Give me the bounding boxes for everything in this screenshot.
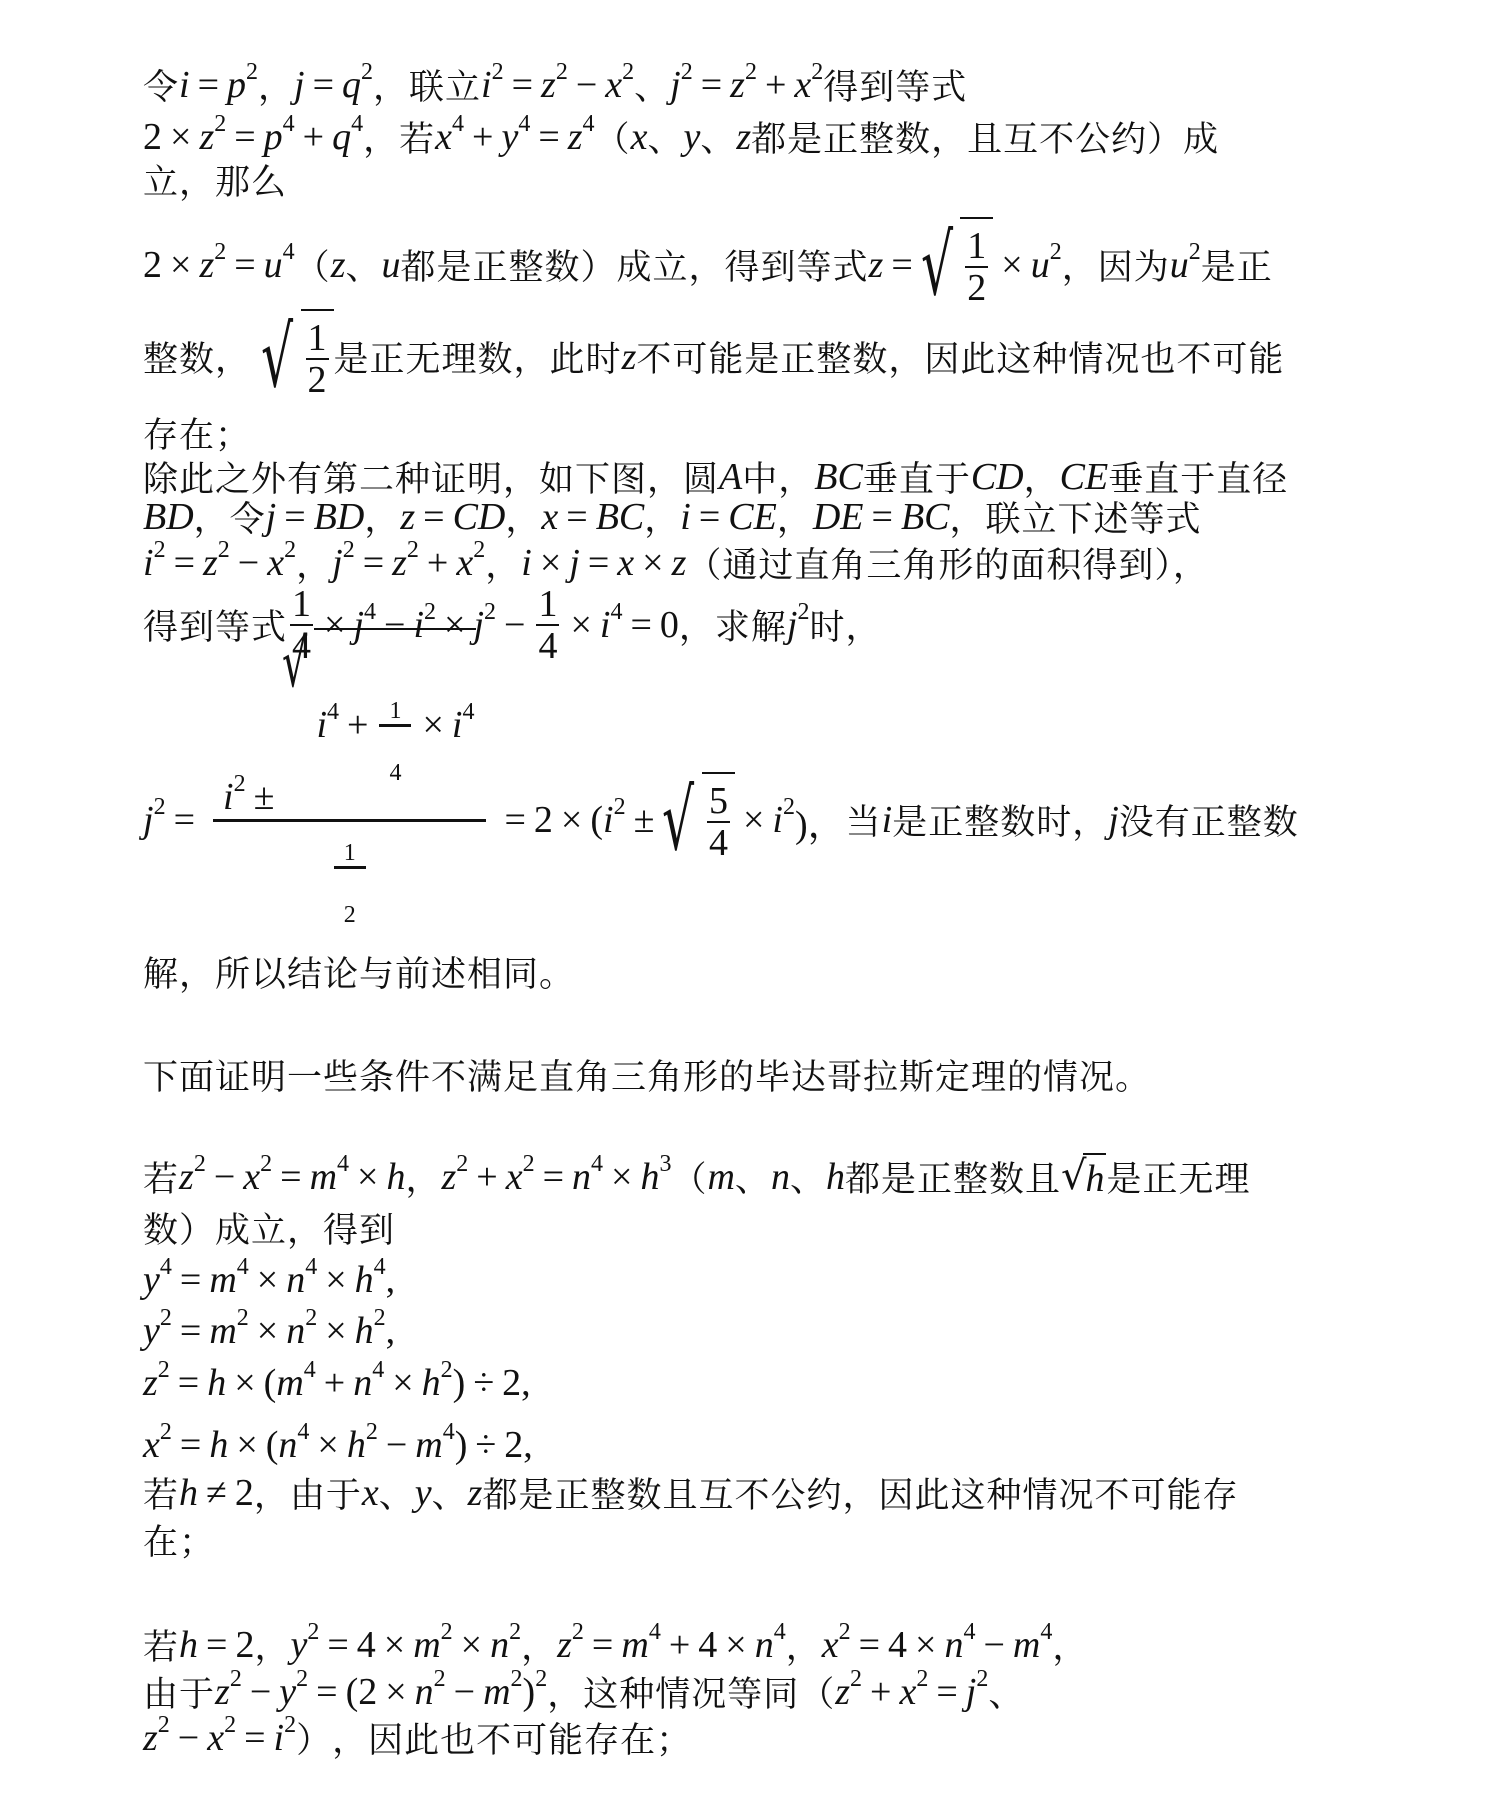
exp: 2 (745, 59, 757, 85)
math-term: m4 (209, 1258, 248, 1302)
math-term: p4 (264, 115, 295, 159)
var: n (278, 1424, 297, 1466)
radical-sign: √ (261, 309, 293, 405)
exp: 2 (296, 1666, 308, 1692)
var: j (966, 1671, 977, 1713)
var: n (353, 1362, 372, 1404)
math-term: m2 (209, 1309, 248, 1353)
math-var: h (179, 1623, 198, 1667)
math-var: z (622, 335, 637, 379)
var: m (483, 1671, 510, 1713)
math-term: h2 (355, 1309, 386, 1353)
math-op: − (975, 1623, 1012, 1667)
math-term: j2 (670, 63, 693, 107)
exp: 2 (424, 599, 436, 625)
math-var: x (631, 115, 648, 159)
math-op: = (198, 1623, 235, 1667)
var: z (143, 1362, 158, 1404)
exp: 2 (839, 1619, 851, 1645)
math-op: = (166, 798, 203, 842)
exp: 3 (659, 1151, 671, 1177)
math-term: x2 (243, 1155, 272, 1199)
math-var: h (386, 1155, 405, 1199)
punct: , (386, 1258, 396, 1302)
exp: 2 (976, 1666, 988, 1692)
math-op: = (535, 1155, 572, 1199)
exp: 2 (484, 599, 496, 625)
var: i (223, 776, 234, 818)
math-term: p2 (227, 63, 258, 107)
exp: 2 (441, 1619, 453, 1645)
text: 得到等式 (143, 600, 287, 650)
math-term: m4 (276, 1361, 315, 1405)
exp: 2 (434, 1666, 446, 1692)
denominator: 1 2 (331, 822, 369, 914)
radicand: 5 4 (702, 772, 735, 868)
text: 、 (700, 112, 736, 162)
var: n (490, 1624, 509, 1666)
exp: 2 (572, 1619, 584, 1645)
math-op: ± (246, 775, 283, 819)
math-num: 2 (534, 798, 553, 842)
exp: 4 (1040, 1619, 1052, 1645)
math-term: z2 (441, 1155, 468, 1199)
exp: 2 (492, 59, 504, 85)
exp: 2 (230, 1666, 242, 1692)
math-term: z2 (541, 63, 568, 107)
text: ，因为 (1062, 240, 1170, 290)
math-paren: ( (264, 1361, 277, 1405)
fraction: 5 4 (707, 781, 730, 863)
math-op: ÷ (465, 1361, 502, 1405)
text-line-18: x2 = h × ( n4 × h2 − m4 ) ÷ 2 , (143, 1420, 533, 1470)
exp: 2 (260, 1151, 272, 1177)
var: i (274, 1717, 285, 1759)
math-op: − (206, 1155, 243, 1199)
math-op: = (172, 1423, 209, 1467)
var: m (310, 1156, 337, 1198)
text: ， (786, 1620, 822, 1670)
exp: 4 (337, 1151, 349, 1177)
math-num: 2 (504, 1423, 523, 1467)
text-line-20: 在； (143, 1515, 215, 1565)
text-line-19: 若 h ≠ 2 ，由于 x 、 y 、 z 都是正整数且互不公约，因此这种情况不… (143, 1468, 1238, 1518)
math-op: = (226, 115, 263, 159)
exp: 2 (158, 1357, 170, 1383)
text: 都是正整数）成立，得到等式 (401, 240, 869, 290)
math-term: m2 (483, 1670, 522, 1714)
numerator: 1 (306, 318, 329, 358)
math-op: = (691, 495, 728, 539)
text: 当 (846, 795, 882, 845)
var: i (603, 799, 614, 841)
var: m (621, 1624, 648, 1666)
var: h (355, 1310, 374, 1352)
exp: 2 (160, 1305, 172, 1331)
math-term: u2 (1031, 243, 1062, 287)
text: 都是正整数且互不公约，因此这种情况不可能存 (482, 1468, 1238, 1518)
math-num: 4 (357, 1623, 376, 1667)
exp: 4 (462, 699, 474, 725)
text: 令 (143, 60, 179, 110)
math-var: z (736, 115, 751, 159)
fraction: 1 2 (965, 226, 988, 308)
exp: 2 (441, 1357, 453, 1383)
var: q (342, 64, 361, 106)
math-term: j2 (473, 603, 496, 647)
text-line-1: 令 i = p2 ， j = q2 ，联立 i2 = z2 − x2 、 j2 … (143, 60, 967, 110)
math-term: m4 (310, 1155, 349, 1199)
text: 、 (647, 112, 683, 162)
var: z (199, 116, 214, 158)
math-var: h (1085, 1157, 1104, 1201)
math-term: i4 (316, 703, 339, 747)
math-op: ≠ (198, 1471, 235, 1515)
text-line-16: y2 = m2 × n2 × h2 , (143, 1306, 395, 1356)
text: 下面证明一些条件不满足直角三角形的毕达哥拉斯定理的情况。 (143, 1050, 1151, 1100)
math-term: u2 (1170, 243, 1201, 287)
exp: 4 (452, 111, 464, 137)
math-term: j2 (143, 798, 166, 842)
radicand: 1 2 (301, 309, 334, 405)
var: h (422, 1362, 441, 1404)
var: j (787, 604, 798, 646)
exp: 2 (154, 537, 166, 563)
var: h (355, 1259, 374, 1301)
var: x (243, 1156, 260, 1198)
math-var: BD (314, 495, 365, 539)
math-op: = (236, 1716, 273, 1760)
var: z (215, 1671, 230, 1713)
math-term: n2 (490, 1623, 521, 1667)
text-line-14: 数）成立，得到 (143, 1203, 395, 1253)
math-var: BC (596, 495, 645, 539)
sqrt-expression: √ 5 4 (662, 772, 735, 868)
math-term: n4 (278, 1423, 309, 1467)
math-term: n4 (944, 1623, 975, 1667)
math-var: z (869, 243, 884, 287)
denominator: 2 (306, 360, 329, 400)
exp: 2 (407, 537, 419, 563)
fraction: 1 4 (379, 632, 411, 819)
text: 时， (809, 600, 881, 650)
text: ， (258, 60, 294, 110)
text: 由于 (143, 1667, 215, 1717)
exp: 2 (366, 1419, 378, 1445)
exp: 2 (456, 1151, 468, 1177)
math-op: × (384, 1361, 421, 1405)
exp: 2 (509, 1619, 521, 1645)
exp: 2 (154, 794, 166, 820)
math-op: = (530, 115, 567, 159)
exp: 4 (237, 1254, 249, 1280)
math-op: = (504, 63, 541, 107)
math-term: h2 (347, 1423, 378, 1467)
var: n (572, 1156, 591, 1198)
var: z (568, 116, 583, 158)
var: n (415, 1671, 434, 1713)
math-term: i2 (274, 1716, 297, 1760)
radicand: 1 2 (960, 217, 993, 313)
exp: 2 (797, 599, 809, 625)
math-paren: ( (266, 1423, 279, 1467)
math-term: u4 (264, 243, 295, 287)
text: ，这种情况等同（ (547, 1667, 835, 1717)
text: 不可能是正整数，因此这种情况也不可能 (636, 332, 1284, 382)
math-term: y2 (290, 1623, 319, 1667)
exp: 2 (284, 1712, 296, 1738)
exp: 2 (556, 59, 568, 85)
math-op: − (568, 63, 605, 107)
text: ，令 (194, 492, 266, 542)
math-term: i2 (481, 63, 504, 107)
math-num: 2 (502, 1361, 521, 1405)
exp: 2 (523, 1151, 535, 1177)
math-term: x2 (143, 1423, 172, 1467)
math-var: BD (143, 495, 194, 539)
text: 、 (345, 240, 381, 290)
math-term: x2 (605, 63, 634, 107)
exp: 2 (783, 794, 795, 820)
sqrt-expression: √ h (1061, 1153, 1107, 1201)
math-op: ± (626, 798, 663, 842)
sqrt-expression: √ 1 2 (921, 217, 994, 313)
math-op: × (317, 1309, 354, 1353)
text: 是正 (1201, 240, 1273, 290)
math-op: + (757, 63, 794, 107)
math-num: 2 (143, 243, 162, 287)
exp: 4 (374, 1254, 386, 1280)
exp: 4 (297, 1419, 309, 1445)
var: z (179, 1156, 194, 1198)
math-term: y4 (501, 115, 530, 159)
exp: 2 (343, 537, 355, 563)
math-op: = (172, 1309, 209, 1353)
exp: 2 (194, 1151, 206, 1177)
var: y (143, 1310, 160, 1352)
exp: 2 (511, 1666, 523, 1692)
math-num: 2 (235, 1623, 254, 1667)
exp: 4 (304, 1357, 316, 1383)
math-term: x2 (207, 1716, 236, 1760)
math-term: n4 (353, 1361, 384, 1405)
math-var: DE (813, 495, 864, 539)
exp: 4 (327, 699, 339, 725)
math-var: x (362, 1471, 379, 1515)
math-var: CE (728, 495, 777, 539)
math-var: n (771, 1155, 790, 1199)
exp: 4 (305, 1254, 317, 1280)
text: ） (296, 1713, 332, 1763)
math-op: × (249, 1309, 286, 1353)
var: j (670, 64, 681, 106)
math-term: h3 (640, 1155, 671, 1199)
math-term: m4 (621, 1623, 660, 1667)
math-num: 4 (888, 1623, 907, 1667)
exp: 2 (246, 59, 258, 85)
var: i (452, 704, 463, 746)
exp: 4 (351, 111, 363, 137)
exp: 4 (963, 1619, 975, 1645)
exp: 2 (811, 59, 823, 85)
math-term: y2 (143, 1309, 172, 1353)
math-term: j2 (966, 1670, 989, 1714)
fraction: 1 4 (536, 584, 559, 666)
exp: 4 (443, 1419, 455, 1445)
exp: 4 (283, 239, 295, 265)
math-term: j2 (787, 603, 810, 647)
math-term: i4 (600, 603, 623, 647)
math-op: × (162, 115, 199, 159)
text: ， (254, 1620, 290, 1670)
math-op: = (308, 1670, 345, 1714)
math-var: y (415, 1471, 432, 1515)
exp: 2 (473, 537, 485, 563)
exp: 2 (850, 1666, 862, 1692)
text: 在； (143, 1515, 215, 1565)
fraction: 1 2 (334, 774, 366, 961)
radical-sign: √ (662, 772, 694, 868)
text: （ (595, 112, 631, 162)
math-var: i (882, 798, 893, 842)
var: z (835, 1671, 850, 1713)
text: ， (505, 492, 541, 542)
text: 、 (988, 1667, 1024, 1717)
math-term: x2 (506, 1155, 535, 1199)
math-term: i4 (452, 703, 475, 747)
text: ，因此也不可能存在； (332, 1713, 692, 1763)
var: m (209, 1310, 236, 1352)
math-op: + (295, 115, 332, 159)
var: p (264, 116, 283, 158)
text-line-10: 得到等式 1 4 × j4 − i2 × j2 − 1 4 × i4 = 0 ，… (143, 575, 881, 675)
math-var: h (209, 1423, 228, 1467)
exp: 2 (622, 59, 634, 85)
math-op: + (468, 1155, 505, 1199)
math-op: × (317, 1258, 354, 1302)
numerator: 1 (334, 774, 366, 866)
var: q (332, 116, 351, 158)
math-op: = (496, 798, 533, 842)
math-term: h2 (422, 1361, 453, 1405)
text: ， (405, 1152, 441, 1202)
math-term: i2 (603, 798, 626, 842)
text: ， (1052, 1620, 1088, 1670)
var: i (600, 604, 611, 646)
text-line-5: 整数， √ 1 2 是正无理数，此时 z 不可能是正整数，因此这种情况也不可能 (143, 302, 1284, 412)
math-num: (2 (346, 1670, 378, 1714)
exp: 4 (518, 111, 530, 137)
math-var: j (294, 63, 305, 107)
math-var: x (541, 495, 558, 539)
text: 若 (143, 1468, 179, 1518)
text: ，求解 (679, 600, 787, 650)
math-op: × (228, 1423, 265, 1467)
var: z (541, 64, 556, 106)
var: x (605, 64, 622, 106)
text-line-11: 解，所以结论与前述相同。 (143, 947, 575, 997)
var: x (506, 1156, 523, 1198)
math-op: × (376, 1623, 413, 1667)
math-term: x4 (435, 115, 464, 159)
exp: 4 (283, 111, 295, 137)
math-var: i (179, 63, 190, 107)
math-op: = (170, 1361, 207, 1405)
punct: , (386, 1309, 396, 1353)
exp: 2 (218, 537, 230, 563)
text: （ (671, 1152, 707, 1202)
exp: 2 (214, 111, 226, 137)
text-line-6: 存在； (143, 408, 251, 458)
text: ，由于 (254, 1468, 362, 1518)
math-term: x2 (822, 1623, 851, 1667)
exp: 2 (214, 239, 226, 265)
math-op: + (316, 1361, 353, 1405)
text: 得到等式 (823, 60, 967, 110)
text: ， (777, 492, 813, 542)
text-line-2: 2 × z2 = p4 + q4 ，若 x4 + y4 = z4 （ x 、 y… (143, 112, 1219, 162)
exp: 2 (681, 59, 693, 85)
math-term: z2 (179, 1155, 206, 1199)
text: 、 (432, 1468, 468, 1518)
var: n (286, 1310, 305, 1352)
math-var: CD (453, 495, 506, 539)
math-op: − (446, 1670, 483, 1714)
math-term: )2 (523, 1670, 548, 1714)
exp: 2 (160, 1419, 172, 1445)
exp: 2 (916, 1666, 928, 1692)
math-term: n4 (755, 1623, 786, 1667)
var: i (481, 64, 492, 106)
math-term: i2 (772, 798, 795, 842)
math-num: 2 (143, 115, 162, 159)
numerator: 1 (965, 226, 988, 266)
math-op: = (415, 495, 452, 539)
math-term: i2 (223, 775, 246, 819)
var: m (413, 1624, 440, 1666)
var: x (143, 1424, 160, 1466)
var: h (640, 1156, 659, 1198)
exp: 2 (234, 771, 246, 797)
text: ，若 (363, 112, 435, 162)
text-line-13: 若 z2 − x2 = m4 × h ， z2 + x2 = n4 × h3 （… (143, 1152, 1250, 1202)
math-op: + (464, 115, 501, 159)
math-var: h (207, 1361, 226, 1405)
sqrt-expression: √ 1 2 (261, 309, 334, 405)
math-term: z2 (835, 1670, 862, 1714)
math-term: q2 (342, 63, 373, 107)
var: h (347, 1424, 366, 1466)
math-term: m4 (415, 1423, 454, 1467)
var: y (143, 1259, 160, 1301)
math-term: m2 (413, 1623, 452, 1667)
math-op: − (242, 1670, 279, 1714)
math-var: m (707, 1155, 734, 1199)
math-term: x2 (794, 63, 823, 107)
math-var: u (382, 243, 401, 287)
math-op: × (907, 1623, 944, 1667)
math-op: × (562, 603, 599, 647)
math-term: n2 (286, 1309, 317, 1353)
math-var: BC (901, 495, 950, 539)
math-op: × (414, 703, 451, 747)
math-op: − (170, 1716, 207, 1760)
text: ， (521, 1620, 557, 1670)
math-op: = (584, 1623, 621, 1667)
var: y (290, 1624, 307, 1666)
exp: 4 (774, 1619, 786, 1645)
text: 是正无理数，此时 (334, 332, 622, 382)
